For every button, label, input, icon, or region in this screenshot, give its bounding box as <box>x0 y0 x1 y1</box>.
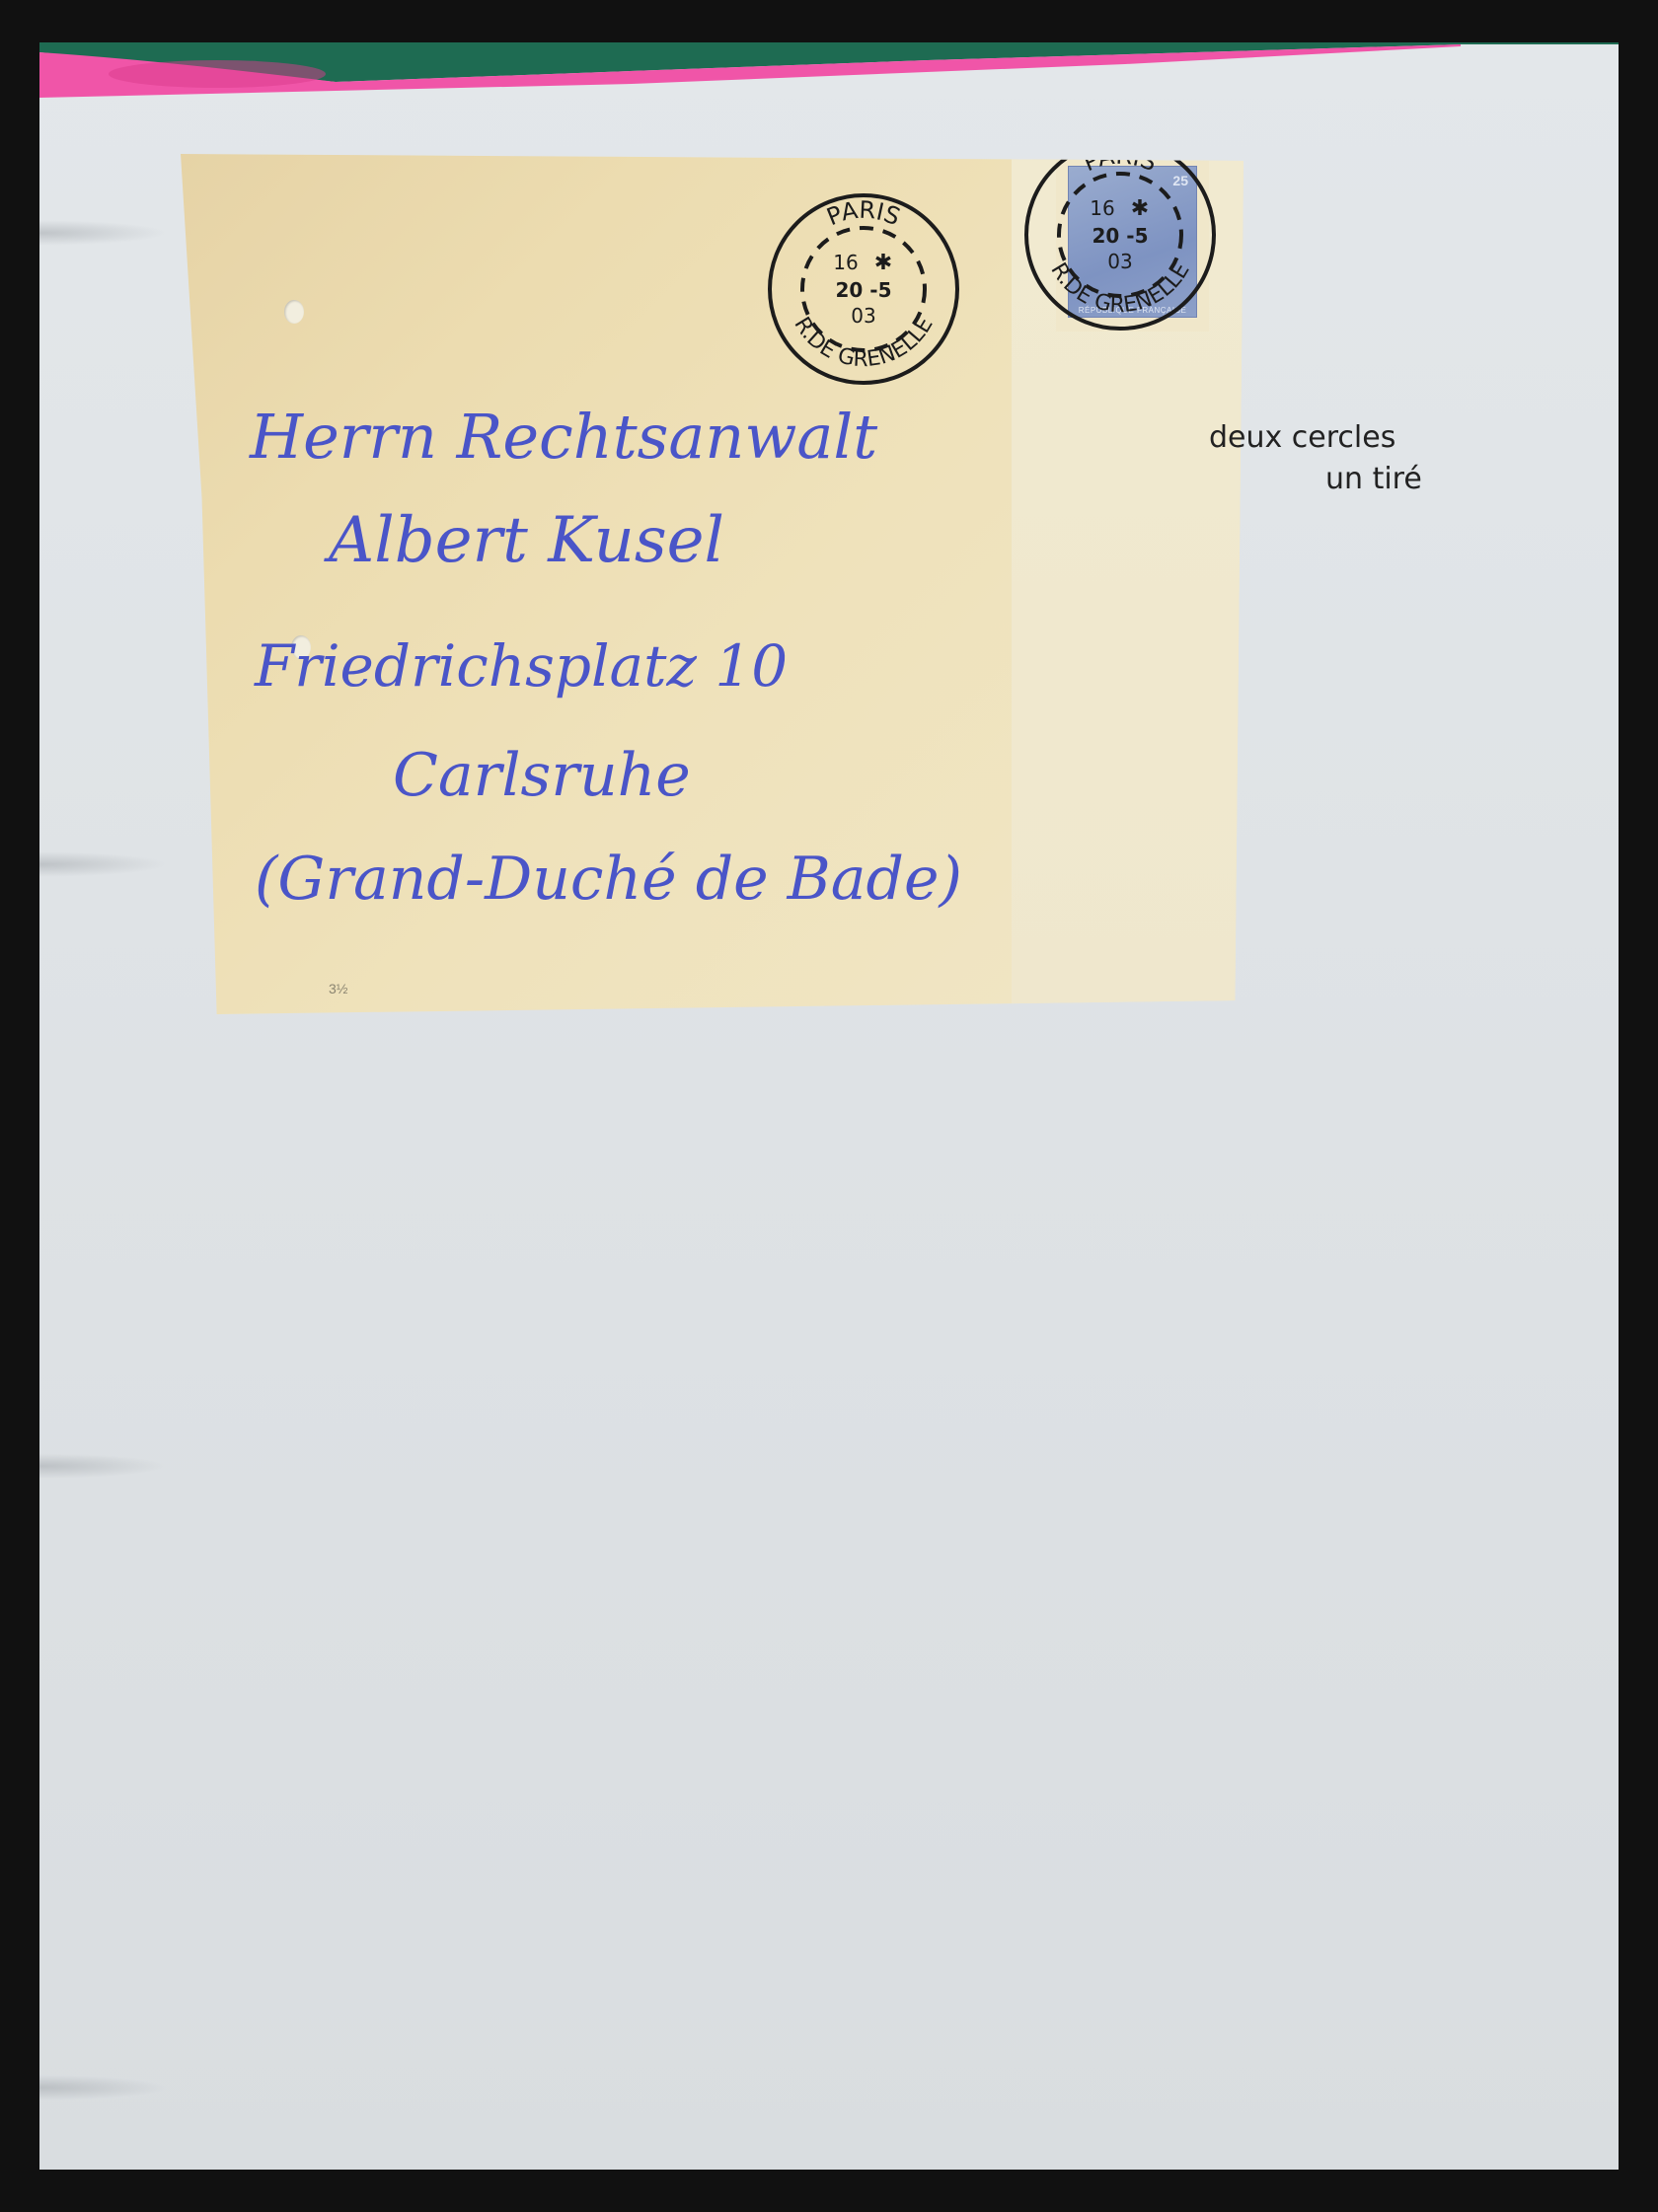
address-line-recipient-title: Herrn Rechtsanwalt <box>250 401 877 473</box>
address-line-city: Carlsruhe <box>393 741 691 810</box>
svg-text:20 -5: 20 -5 <box>835 278 891 302</box>
shadow-smudge <box>39 2075 168 2101</box>
shadow-smudge <box>39 851 168 877</box>
envelope-cover: 25 RÉPUBLIQUE FRANÇAISE PARIS R.DE GRENE… <box>181 154 1243 1014</box>
svg-text:03: 03 <box>851 304 875 328</box>
pencil-mark: 3½ <box>329 981 347 996</box>
address-line-street: Friedrichsplatz 10 <box>255 632 788 700</box>
annotation-line-2: un tiré <box>1325 462 1422 496</box>
svg-text:03: 03 <box>1107 250 1132 273</box>
postmark-paris: PARIS R.DE GRENELLE 16 ✱ 20 -5 03 <box>765 190 962 388</box>
shadow-smudge <box>39 1453 168 1479</box>
shadow-smudge <box>39 220 168 246</box>
svg-text:20 -5: 20 -5 <box>1092 224 1148 248</box>
album-page: 25 RÉPUBLIQUE FRANÇAISE PARIS R.DE GRENE… <box>39 42 1619 2170</box>
address-line-region: (Grand-Duché de Bade) <box>255 845 962 914</box>
svg-text:16: 16 <box>833 251 858 274</box>
svg-text:16: 16 <box>1090 196 1114 220</box>
punch-hole <box>284 300 304 324</box>
svg-text:✱: ✱ <box>1131 196 1149 221</box>
postmark-on-stamp: PARIS R.DE GRENELLE 16 ✱ 20 -5 03 <box>1021 136 1219 333</box>
annotation-line-1: deux cercles <box>1209 420 1395 455</box>
colored-tab-band <box>39 42 1619 161</box>
svg-text:✱: ✱ <box>874 251 892 275</box>
address-line-name: Albert Kusel <box>329 504 724 577</box>
